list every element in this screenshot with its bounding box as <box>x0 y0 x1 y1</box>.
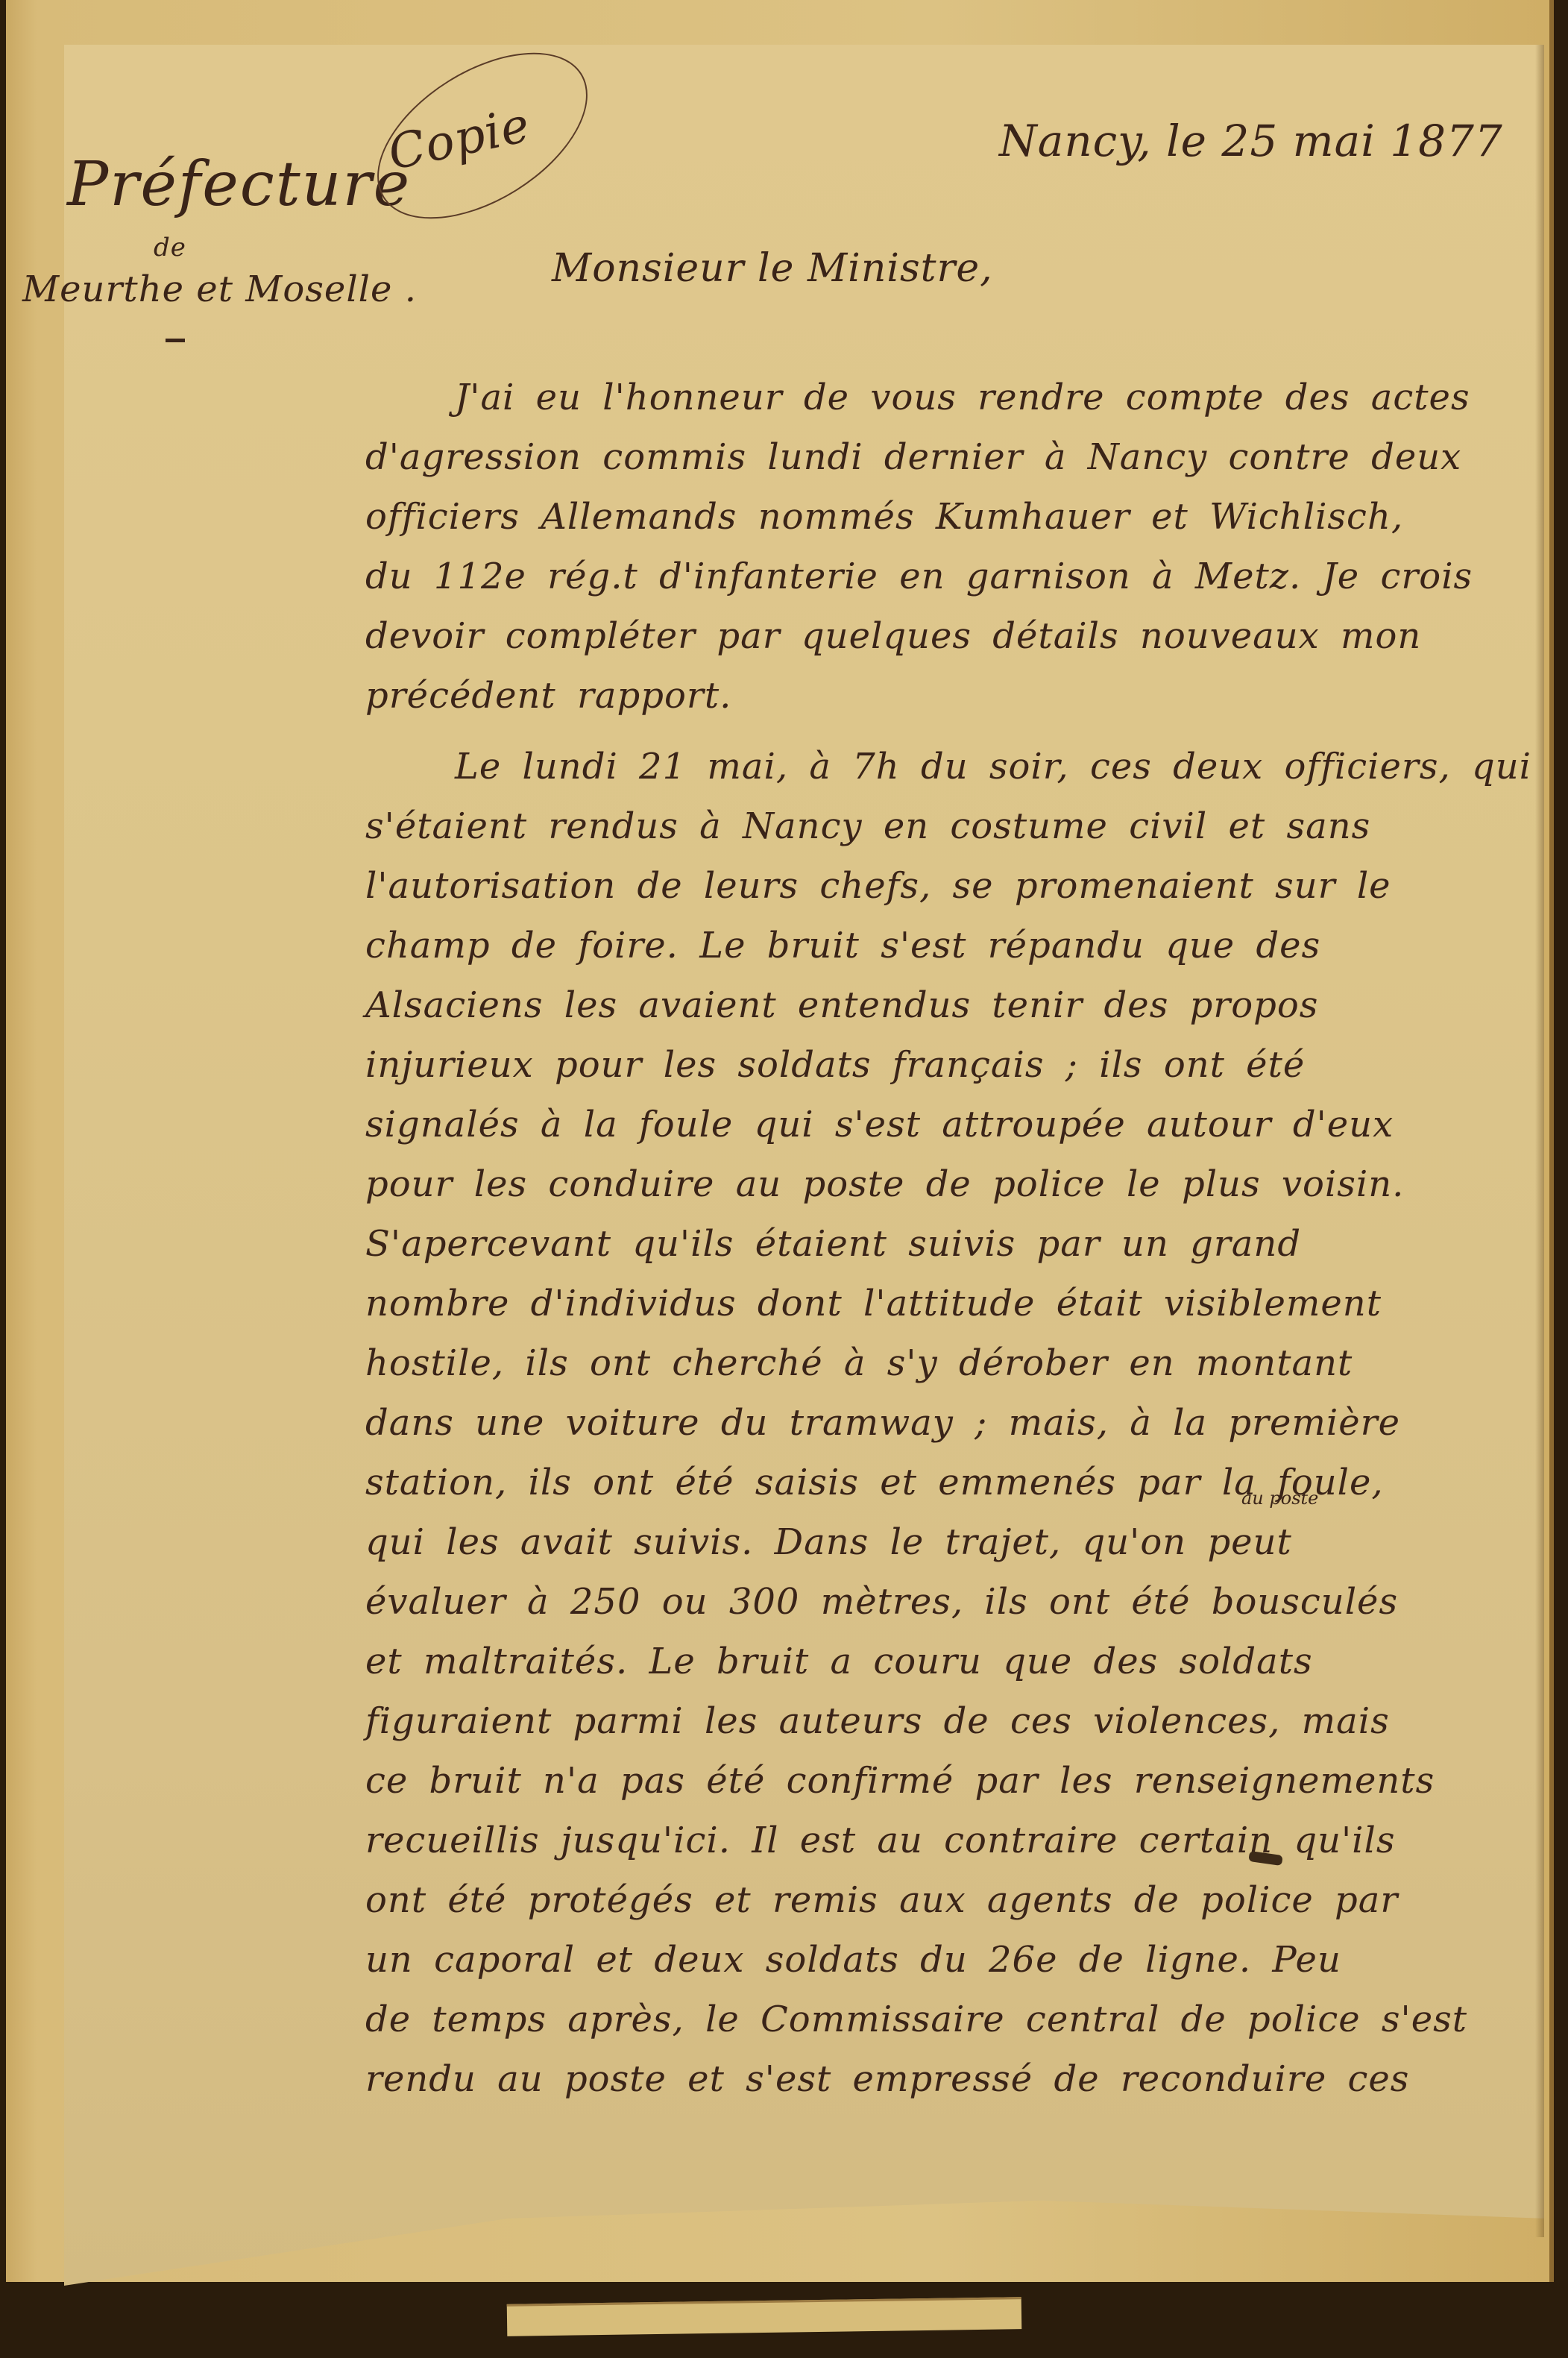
body-line: qui les avait suivis. Dans le trajet, qu… <box>365 1521 1292 1563</box>
department-name: Meurthe et Moselle . <box>22 268 417 310</box>
body-line: du 112e rég.t d'infanterie en garnison à… <box>365 556 1473 597</box>
body-line: ont été protégés et remis aux agents de … <box>365 1879 1398 1921</box>
prefecture-de: de <box>154 233 186 262</box>
salutation: Monsieur le Ministre, <box>552 246 993 291</box>
body-line: Alsaciens les avaient entendus tenir des… <box>365 984 1318 1026</box>
body-line: de temps après, le Commissaire central d… <box>365 1999 1467 2040</box>
prefecture-heading: Préfecture <box>67 149 411 220</box>
body-line: S'apercevant qu'ils étaient suivis par u… <box>365 1223 1301 1265</box>
margin-dash-divider <box>166 339 185 342</box>
body-line: champ de foire. Le bruit s'est répandu q… <box>365 925 1320 966</box>
body-line: évaluer à 250 ou 300 mètres, ils ont été… <box>365 1581 1398 1623</box>
body-line: l'autorisation de leurs chefs, se promen… <box>365 865 1391 907</box>
body-line: nombre d'individus dont l'attitude était… <box>365 1283 1382 1324</box>
date-line: Nancy, le 25 mai 1877 <box>999 116 1503 166</box>
body-line: un caporal et deux soldats du 26e de lig… <box>365 1939 1341 1981</box>
body-line: ce bruit n'a pas été confirmé par les re… <box>365 1760 1435 1802</box>
body-line: hostile, ils ont cherché à s'y dérober e… <box>365 1342 1353 1384</box>
body-line: et maltraités. Le bruit a couru que des … <box>365 1641 1313 1682</box>
body-line: rendu au poste et s'est empressé de reco… <box>365 2058 1409 2100</box>
body-line: station, ils ont été saisis et emmenés p… <box>365 1462 1384 1503</box>
body-line: s'étaient rendus à Nancy en costume civi… <box>365 805 1370 847</box>
body-line: pour les conduire au poste de police le … <box>365 1163 1404 1205</box>
underlying-sheet-tab <box>507 2297 1022 2336</box>
body-line: précédent rapport. <box>365 675 731 717</box>
body-line: signalés à la foule qui s'est attroupée … <box>365 1104 1394 1145</box>
body-line: recueillis jusqu'ici. Il est au contrair… <box>365 1820 1396 1861</box>
body-line: Le lundi 21 mai, à 7h du soir, ces deux … <box>455 746 1531 787</box>
body-line: injurieux pour les soldats français ; il… <box>365 1044 1305 1086</box>
body-line: officiers Allemands nommés Kumhauer et W… <box>365 496 1403 538</box>
body-line: dans une voiture du tramway ; mais, à la… <box>365 1402 1400 1444</box>
body-line: devoir compléter par quelques détails no… <box>365 615 1421 657</box>
body-line: J'ai eu l'honneur de vous rendre compte … <box>455 377 1470 418</box>
body-line: figuraient parmi les auteurs de ces viol… <box>365 1700 1390 1742</box>
page-edge-shadow <box>1535 45 1544 2237</box>
body-line: d'agression commis lundi dernier à Nancy… <box>365 436 1461 478</box>
